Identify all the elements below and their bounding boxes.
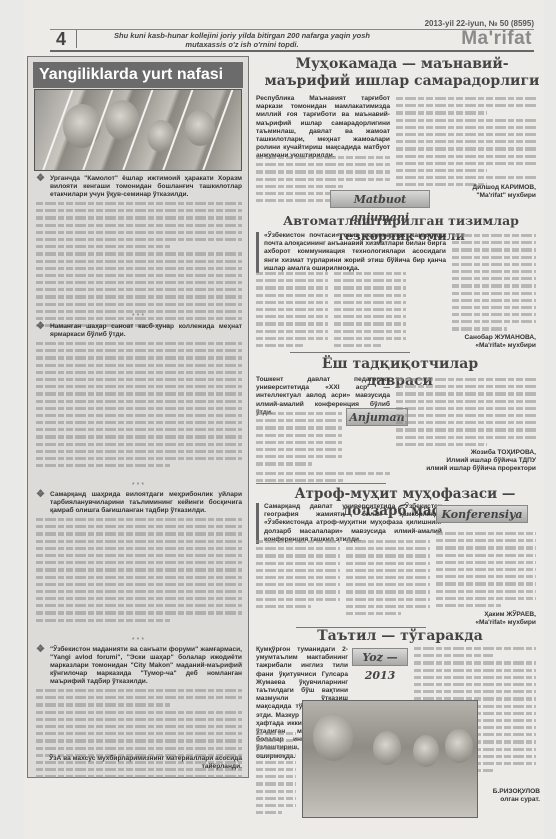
article-body-right (396, 376, 536, 448)
news-headline-text: "Ўзбекистон маданияти ва санъати форуми"… (50, 646, 242, 685)
news-headline-text: Самарқанд шаҳрида вилоятдаги меҳрибонлик… (50, 491, 242, 514)
news-item: ❖ Наманган шаҳар саноат касб-ҳунар колле… (36, 323, 242, 469)
author-name: Ҳаким ЖЎРАЕВ, (420, 611, 536, 619)
face-shape (63, 104, 101, 148)
diamond-bullet-icon: ❖ (36, 646, 45, 654)
article-body-right (436, 530, 536, 609)
author-role: «Ma'rifat» мухбири (420, 342, 536, 350)
collage-photo (34, 89, 242, 171)
article-lead: «Ўзбекистон почтаси» очиқ акционерлик жа… (256, 232, 446, 273)
section-title: Yangiliklarda yurt nafasi (33, 62, 243, 88)
photographer-name: Б.РИЗОҚУЛОВ (480, 788, 540, 796)
author-role: «Ma'rifat» мухбири (420, 619, 536, 627)
article-body-left (256, 270, 328, 349)
article-body-right (396, 95, 536, 188)
article-signature: Ҳаким ЖЎРАЕВ, «Ma'rifat» мухбири (420, 611, 536, 627)
article-title: Таътил — тўгаракда (300, 628, 500, 645)
news-headline: ❖ "Ўзбекистон маданияти ва санъати форум… (36, 646, 242, 686)
article-signature: Жозиба ТОҲИРОВА, Илмий ишлар бўйича ТДПУ… (396, 449, 536, 473)
author-role: илмий ишлар бўйича проректори (396, 465, 536, 473)
classroom-photo (302, 700, 478, 818)
page-number: 4 (56, 30, 77, 48)
diamond-bullet-icon: ❖ (36, 491, 45, 499)
news-headline: ❖ Самарқанд шаҳрида вилоятдаги меҳрибонл… (36, 491, 242, 515)
newspaper-logo: Ma'rifat (461, 28, 532, 50)
news-headline-text: Урганчда "Камолот" ёшлар ижтимоий ҳарака… (50, 175, 242, 198)
diamond-bullet-icon: ❖ (36, 175, 45, 183)
rubric-label: Yoz — 2013 (352, 648, 408, 666)
face-shape (185, 110, 215, 146)
news-sidebar-box: Yangiliklarda yurt nafasi ❖ Урганчда "Ка… (27, 56, 249, 778)
news-headline-text: Наманган шаҳар саноат касб-ҳунар коллежи… (50, 323, 242, 338)
article-body-left (256, 538, 340, 610)
news-headline: ❖ Наманган шаҳар саноат касб-ҳунар колле… (36, 323, 242, 339)
article-body-mid (346, 538, 430, 617)
section-separator: *** (36, 637, 242, 646)
issue-date: 2013-yil 22-iyun, № 50 (8595) (425, 19, 534, 28)
article-body-left (256, 730, 296, 816)
rubric-label: Matbuot anjumani (330, 190, 430, 208)
diamond-bullet-icon: ❖ (36, 323, 45, 331)
news-headline: ❖ Урганчда "Камолот" ёшлар ижтимоий ҳара… (36, 175, 242, 199)
section-separator: *** (36, 482, 242, 491)
author-affiliation: Илмий ишлар бўйича ТДПУ (396, 457, 536, 465)
news-item: ❖ Самарқанд шаҳрида вилоятдаги меҳрибонл… (36, 491, 242, 624)
author-name: Жозиба ТОҲИРОВА, (396, 449, 536, 457)
photo-caption-label: олган сурат. (480, 796, 540, 804)
rubric-label: Konferensiya (436, 505, 528, 523)
article-title: Муҳокамада — маънавий-маърифий ишлар сам… (262, 56, 542, 90)
article-divider (290, 352, 410, 353)
section-separator: *** (36, 313, 242, 322)
news-body (36, 516, 242, 624)
news-body (36, 200, 242, 329)
news-body (36, 340, 242, 469)
photo-credit: Б.РИЗОҚУЛОВ олган сурат. (480, 788, 540, 804)
article-signature: Санобар ЖУМАНОВА, «Ma'rifat» мухбири (420, 334, 536, 350)
article-divider (256, 483, 386, 484)
face-shape (105, 100, 139, 140)
article-lead: Республика Маънавият тарғибот маркази то… (256, 95, 390, 161)
news-item: ❖ Урганчда "Камолот" ёшлар ижтимоий ҳара… (36, 175, 242, 329)
author-name: Санобар ЖУМАНОВА, (420, 334, 536, 342)
sidebar-footer-credit: ЎзА ва махсус мухбирларимизнинг материал… (36, 755, 242, 771)
article-body-right (452, 232, 536, 333)
article-body-left (256, 410, 342, 468)
header-tagline: Shu kuni kasb-hunar kollejini joriy yild… (112, 31, 372, 49)
article-body-mid (334, 270, 406, 349)
header-divider-bottom (50, 50, 534, 52)
